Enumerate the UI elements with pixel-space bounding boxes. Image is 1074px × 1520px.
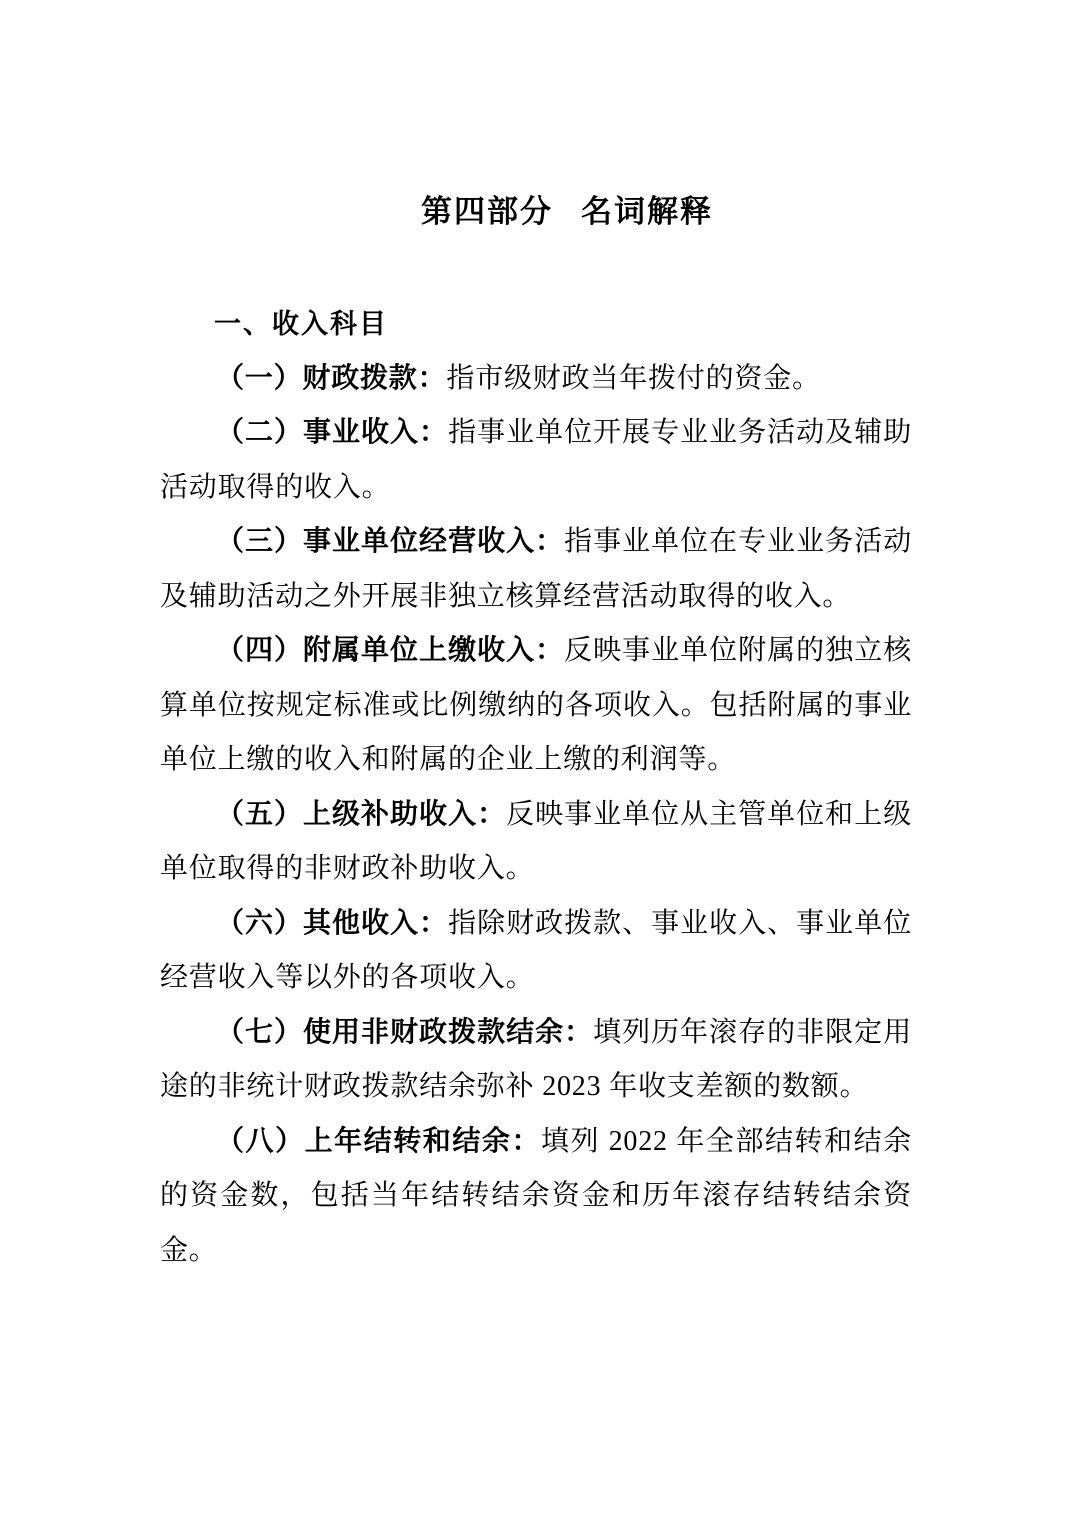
term-label: （二）事业收入： (216, 417, 448, 448)
document-title: 第四部分名词解释 (192, 192, 942, 232)
document-body: 一、收入科目 （一）财政拨款：指市级财政当年拨付的资金。 （二）事业收入：指事业… (160, 297, 912, 1278)
glossary-item-4: （四）附属单位上缴收入：反映事业单位附属的独立核算单位按规定标准或比例缴纳的各项… (160, 624, 912, 788)
glossary-item-6: （六）其他收入：指除财政拨款、事业收入、事业单位经营收入等以外的各项收入。 (160, 897, 912, 1006)
glossary-item-7: （七）使用非财政拨款结余：填列历年滚存的非限定用途的非统计财政拨款结余弥补 20… (160, 1006, 912, 1115)
document-title-part2: 名词解释 (581, 194, 713, 229)
glossary-item-3: （三）事业单位经营收入：指事业单位在专业业务活动及辅助活动之外开展非独立核算经营… (160, 515, 912, 624)
term-label: （一）财政拨款： (216, 363, 446, 394)
glossary-item-5: （五）上级补助收入：反映事业单位从主管单位和上级单位取得的非财政补助收入。 (160, 788, 912, 897)
section-heading: 一、收入科目 (160, 297, 912, 352)
document-title-part1: 第四部分 (421, 194, 553, 229)
document-page: 第四部分名词解释 一、收入科目 （一）财政拨款：指市级财政当年拨付的资金。 （二… (0, 0, 1074, 1520)
term-label: （四）附属单位上缴收入： (216, 635, 564, 666)
glossary-item-1: （一）财政拨款：指市级财政当年拨付的资金。 (160, 352, 912, 407)
term-definition: 指市级财政当年拨付的资金。 (446, 363, 820, 394)
term-label: （三）事业单位经营收入： (216, 526, 564, 557)
term-label: （八）上年结转和结余： (216, 1126, 541, 1157)
glossary-item-2: （二）事业收入：指事业单位开展专业业务活动及辅助活动取得的收入。 (160, 406, 912, 515)
term-label: （七）使用非财政拨款结余： (216, 1017, 593, 1048)
term-label: （六）其他收入： (216, 908, 448, 939)
term-label: （五）上级补助收入： (216, 799, 506, 830)
glossary-item-8: （八）上年结转和结余：填列 2022 年全部结转和结余的资金数，包括当年结转结余… (160, 1115, 912, 1279)
